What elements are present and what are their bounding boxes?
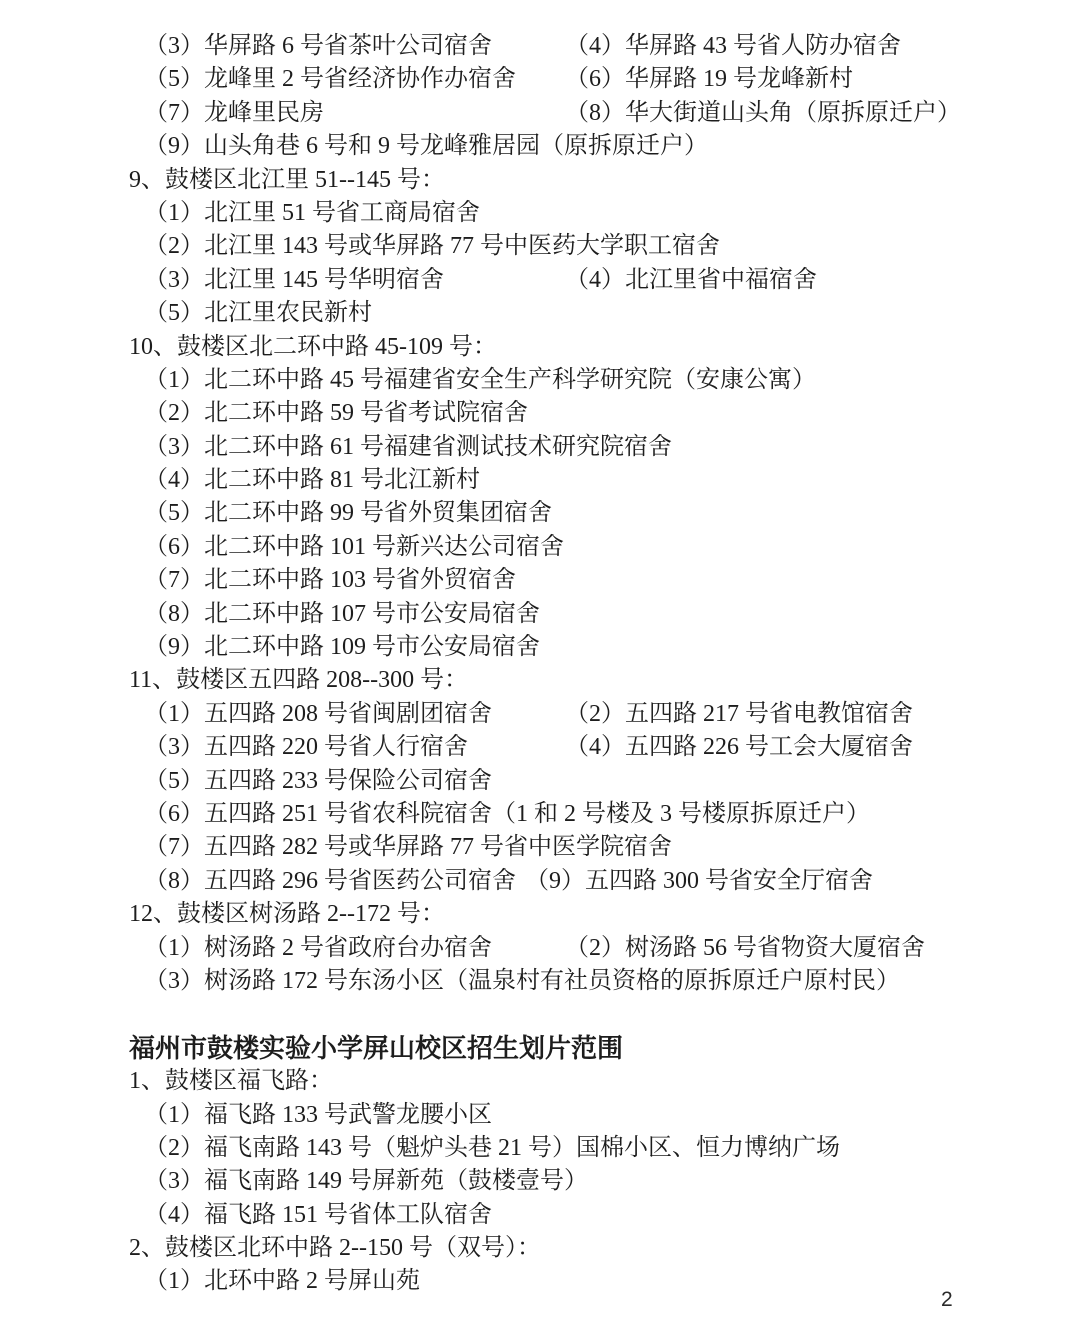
address-line: （3）华屏路 6 号省茶叶公司宿舍（4）华屏路 43 号省人防办宿舍 (0, 30, 1080, 63)
address-col1: （1）五四路 208 号省闽剧团宿舍 (144, 698, 565, 731)
section-title: 10、鼓楼区北二环中路 45-109 号： (0, 331, 1080, 364)
address-line: （4）北二环中路 81 号北江新村 (0, 464, 1080, 497)
address-line: （3）北二环中路 61 号福建省测试技术研究院宿舍 (0, 431, 1080, 464)
address-line: （1）五四路 208 号省闽剧团宿舍（2）五四路 217 号省电教馆宿舍 (0, 698, 1080, 731)
address-line: （1）福飞路 133 号武警龙腰小区 (0, 1099, 1080, 1132)
section-title: 2、鼓楼区北环中路 2--150 号（双号）： (0, 1232, 1080, 1265)
address-line: （5）北江里农民新村 (0, 297, 1080, 330)
address-line: （2）福飞南路 143 号（魁炉头巷 21 号）国棉小区、恒力博纳广场 (0, 1132, 1080, 1165)
address-line: （1）树汤路 2 号省政府台办宿舍（2）树汤路 56 号省物资大厦宿舍 (0, 932, 1080, 965)
section-title: 1、鼓楼区福飞路： (0, 1065, 1080, 1098)
section-title: 9、鼓楼区北江里 51--145 号： (0, 164, 1080, 197)
address-line: （2）北二环中路 59 号省考试院宿舍 (0, 397, 1080, 430)
address-col1: （1）树汤路 2 号省政府台办宿舍 (144, 932, 565, 965)
address-col2: （4）北江里省中福宿舍 (565, 267, 817, 293)
address-line: （7）北二环中路 103 号省外贸宿舍 (0, 564, 1080, 597)
address-line: （7）五四路 282 号或华屏路 77 号省中医学院宿舍 (0, 831, 1080, 864)
address-line: （9）北二环中路 109 号市公安局宿舍 (0, 631, 1080, 664)
address-col2: （2）五四路 217 号省电教馆宿舍 (565, 701, 913, 727)
page-number: 2 (941, 1288, 953, 1312)
address-line: （3）北江里 145 号华明宿舍（4）北江里省中福宿舍 (0, 264, 1080, 297)
address-col1: （3）北江里 145 号华明宿舍 (144, 264, 565, 297)
address-line: （2）北江里 143 号或华屏路 77 号中医药大学职工宿舍 (0, 230, 1080, 263)
address-line: （3）福飞南路 149 号屏新苑（鼓楼壹号） (0, 1165, 1080, 1198)
address-col2: （9）五四路 300 号省安全厅宿舍 (525, 868, 873, 894)
address-line: （5）北二环中路 99 号省外贸集团宿舍 (0, 497, 1080, 530)
address-col1: （8）五四路 296 号省医药公司宿舍 (144, 865, 525, 898)
address-col1: （7）龙峰里民房 (144, 97, 565, 130)
address-line: （1）北二环中路 45 号福建省安全生产科学研究院（安康公寓） (0, 364, 1080, 397)
address-line: （5）五四路 233 号保险公司宿舍 (0, 765, 1080, 798)
address-col2: （4）五四路 226 号工会大厦宿舍 (565, 734, 913, 760)
address-col1: （3）华屏路 6 号省茶叶公司宿舍 (144, 30, 565, 63)
section-title: 11、鼓楼区五四路 208--300 号： (0, 664, 1080, 697)
address-line: （1）北环中路 2 号屏山苑 (0, 1265, 1080, 1298)
document-page: （3）华屏路 6 号省茶叶公司宿舍（4）华屏路 43 号省人防办宿舍（5）龙峰里… (0, 0, 1080, 1334)
address-line: （6）北二环中路 101 号新兴达公司宿舍 (0, 531, 1080, 564)
address-col2: （2）树汤路 56 号省物资大厦宿舍 (565, 935, 925, 961)
document-body: （3）华屏路 6 号省茶叶公司宿舍（4）华屏路 43 号省人防办宿舍（5）龙峰里… (0, 30, 1080, 1299)
address-line: （8）北二环中路 107 号市公安局宿舍 (0, 598, 1080, 631)
address-line: （1）北江里 51 号省工商局宿舍 (0, 197, 1080, 230)
address-col1: （3）五四路 220 号省人行宿舍 (144, 731, 565, 764)
campus-heading: 福州市鼓楼实验小学屏山校区招生划片范围 (0, 1032, 1080, 1065)
address-line: （3）树汤路 172 号东汤小区（温泉村有社员资格的原拆原迁户原村民） (0, 965, 1080, 998)
address-col2: （4）华屏路 43 号省人防办宿舍 (565, 33, 901, 59)
address-col2: （6）华屏路 19 号龙峰新村 (565, 66, 853, 92)
address-col1: （5）龙峰里 2 号省经济协作办宿舍 (144, 63, 565, 96)
blank-line (0, 998, 1080, 1031)
address-line: （9）山头角巷 6 号和 9 号龙峰雅居园（原拆原迁户） (0, 130, 1080, 163)
address-col2: （8）华大街道山头角（原拆原迁户） (565, 100, 961, 126)
address-line: （3）五四路 220 号省人行宿舍（4）五四路 226 号工会大厦宿舍 (0, 731, 1080, 764)
address-line: （5）龙峰里 2 号省经济协作办宿舍（6）华屏路 19 号龙峰新村 (0, 63, 1080, 96)
address-line: （7）龙峰里民房（8）华大街道山头角（原拆原迁户） (0, 97, 1080, 130)
address-line: （4）福飞路 151 号省体工队宿舍 (0, 1199, 1080, 1232)
address-line: （6）五四路 251 号省农科院宿舍（1 和 2 号楼及 3 号楼原拆原迁户） (0, 798, 1080, 831)
address-line: （8）五四路 296 号省医药公司宿舍（9）五四路 300 号省安全厅宿舍 (0, 865, 1080, 898)
section-title: 12、鼓楼区树汤路 2--172 号： (0, 898, 1080, 931)
